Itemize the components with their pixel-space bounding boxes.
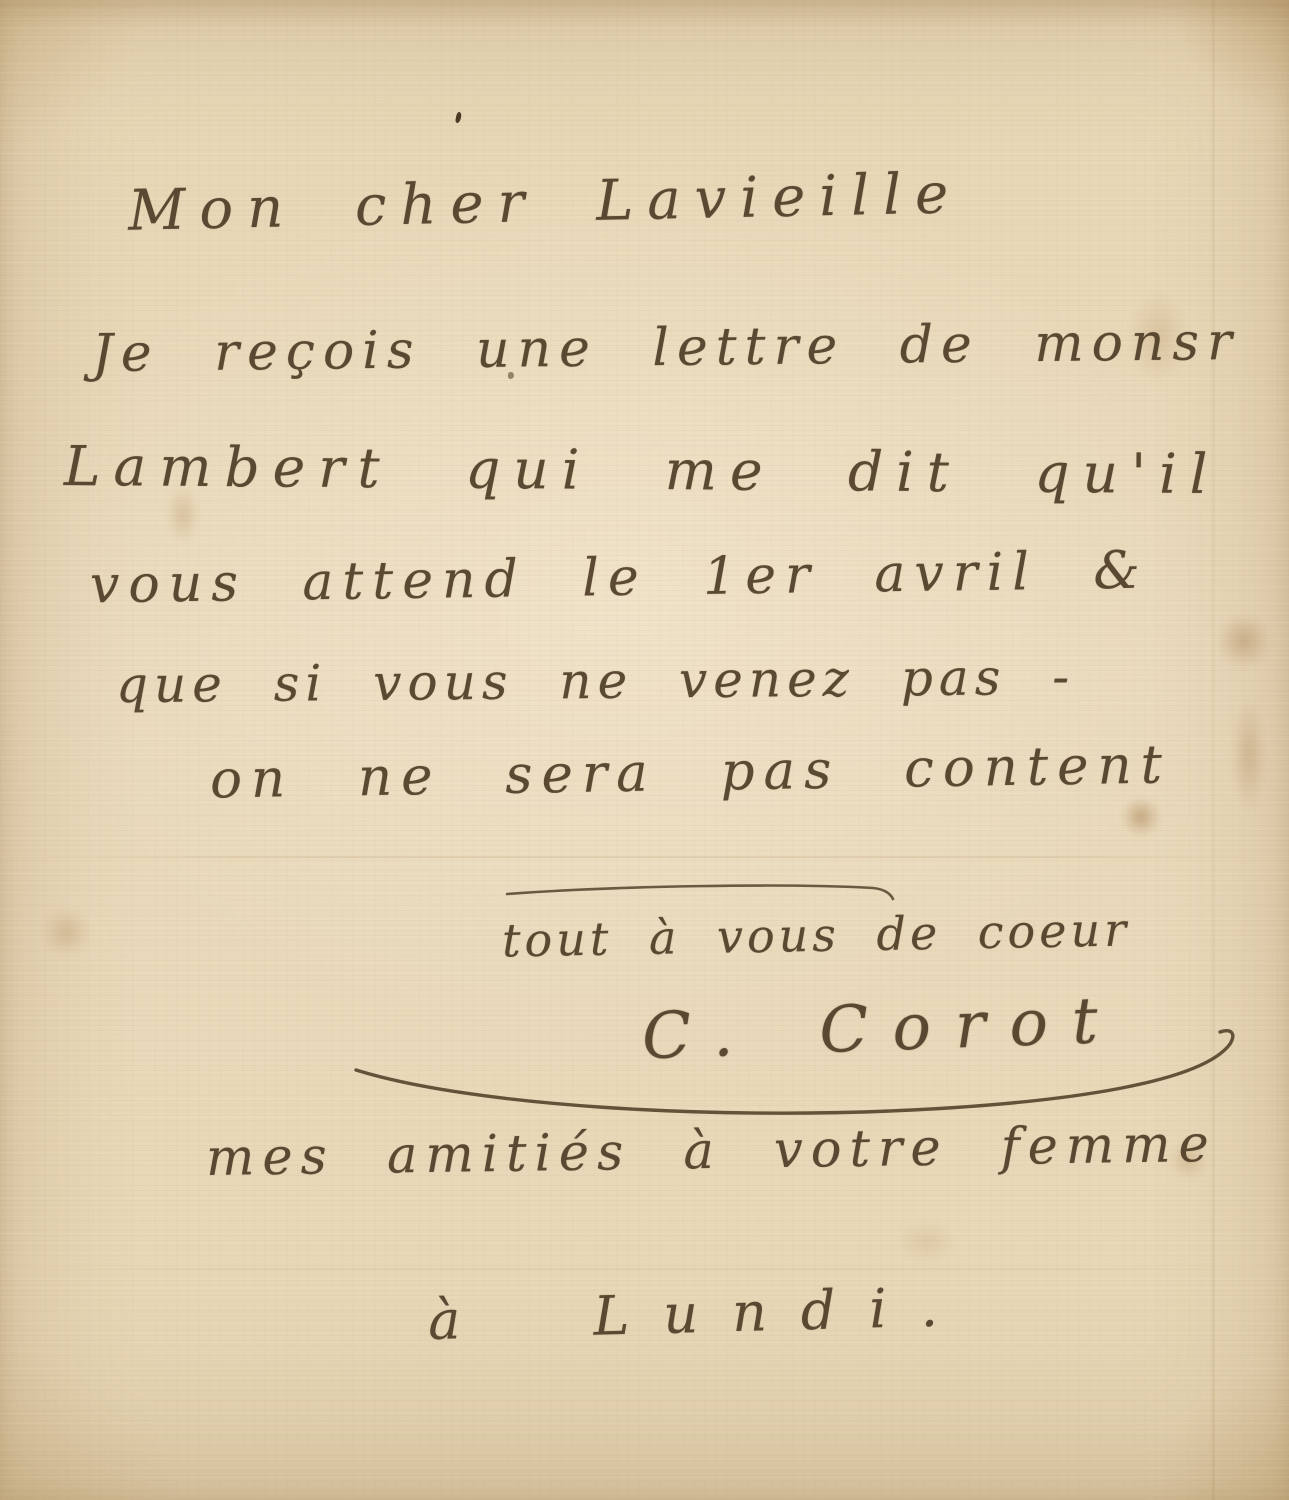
- body-line-2: Lambert qui me dit qu'il: [64, 434, 1221, 506]
- letter-page: Mon cher Lavieille Je reçois une lettre …: [0, 0, 1289, 1500]
- paper-crease: [0, 1268, 1289, 1270]
- pen-crossbar-stroke: [505, 882, 900, 902]
- foxing-streak: [1232, 700, 1266, 810]
- foxing-spot: [896, 1222, 956, 1262]
- foxing-spot: [1218, 612, 1270, 670]
- ink-fleck: [455, 112, 462, 124]
- body-line-3: vous attend le 1er avril &: [90, 541, 1150, 616]
- body-line-5: on ne sera pas content: [210, 734, 1172, 810]
- body-line-1: Je reçois une lettre de monsr: [92, 312, 1241, 384]
- body-line-4: que si vous ne venez pas -: [116, 648, 1076, 714]
- paper-crease: [0, 856, 1289, 858]
- foxing-spot: [1120, 798, 1162, 836]
- salutation-line: Mon cher Lavieille: [127, 161, 962, 243]
- dateline: à Lundi.: [427, 1275, 972, 1352]
- closing-line: tout à vous de coeur: [502, 903, 1131, 968]
- foxing-spot: [40, 908, 92, 956]
- paper-fold: [1212, 0, 1215, 1500]
